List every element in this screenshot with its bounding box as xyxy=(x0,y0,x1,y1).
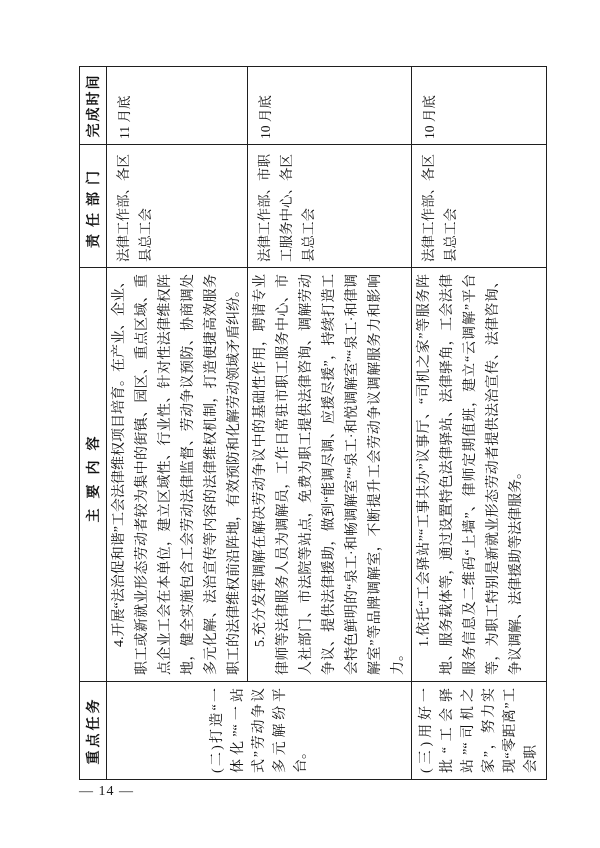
deadline-cell-row3: 10 月底 xyxy=(412,67,547,145)
table-header-row: 重点任务 主要内容 责任部门 完成时间 xyxy=(80,67,107,780)
table-row: 5.充分发挥调解在解决劳动争议中的基础性作用，聘请专业律师等法律服务人员为调解员… xyxy=(248,67,412,780)
department-cell-row3: 法律工作部、各区县总工会 xyxy=(412,145,547,268)
table-row: (三)用好一批“工会驿站”“司机之家”，努力实现“零距离”工会职 1.依托“工会… xyxy=(412,67,547,780)
department-cell-row2: 法律工作部、市职工服务中心、各区县总工会 xyxy=(248,145,412,268)
header-completion-time: 完成时间 xyxy=(80,67,107,145)
content-cell-item4: 4.开展“法治促和谐”工会法律维权项目培育。在产业、企业、职工或新就业形态劳动者… xyxy=(107,268,248,682)
task-cell-3: (三)用好一批“工会驿站”“司机之家”，努力实现“零距离”工会职 xyxy=(412,682,547,780)
task-cell-2: (二)打造“一体化”“一站式”劳动争议多元解纷平台。 xyxy=(107,682,412,780)
department-cell-row1: 法律工作部、各区县总工会 xyxy=(107,145,248,268)
header-responsible-department: 责任部门 xyxy=(80,145,107,268)
header-key-tasks: 重点任务 xyxy=(80,682,107,780)
deadline-cell-row2: 10 月底 xyxy=(248,67,412,145)
table-row: (二)打造“一体化”“一站式”劳动争议多元解纷平台。 4.开展“法治促和谐”工会… xyxy=(107,67,248,780)
task-table: 重点任务 主要内容 责任部门 完成时间 (二)打造“一体化”“一站式”劳动争议多… xyxy=(79,66,547,780)
page-number: — 14 — xyxy=(79,784,134,800)
content-cell-item1: 1.依托“工会驿站”“工事共办”议事厅、“司机之家”等服务阵地、服务载体等，通过… xyxy=(412,268,547,682)
rotated-table-container: 重点任务 主要内容 责任部门 完成时间 (二)打造“一体化”“一站式”劳动争议多… xyxy=(79,67,502,780)
document-page: 重点任务 主要内容 责任部门 完成时间 (二)打造“一体化”“一站式”劳动争议多… xyxy=(0,0,600,848)
content-cell-item5: 5.充分发挥调解在解决劳动争议中的基础性作用，聘请专业律师等法律服务人员为调解员… xyxy=(248,268,412,682)
header-main-content: 主要内容 xyxy=(80,268,107,682)
deadline-cell-row1: 11 月底 xyxy=(107,67,248,145)
